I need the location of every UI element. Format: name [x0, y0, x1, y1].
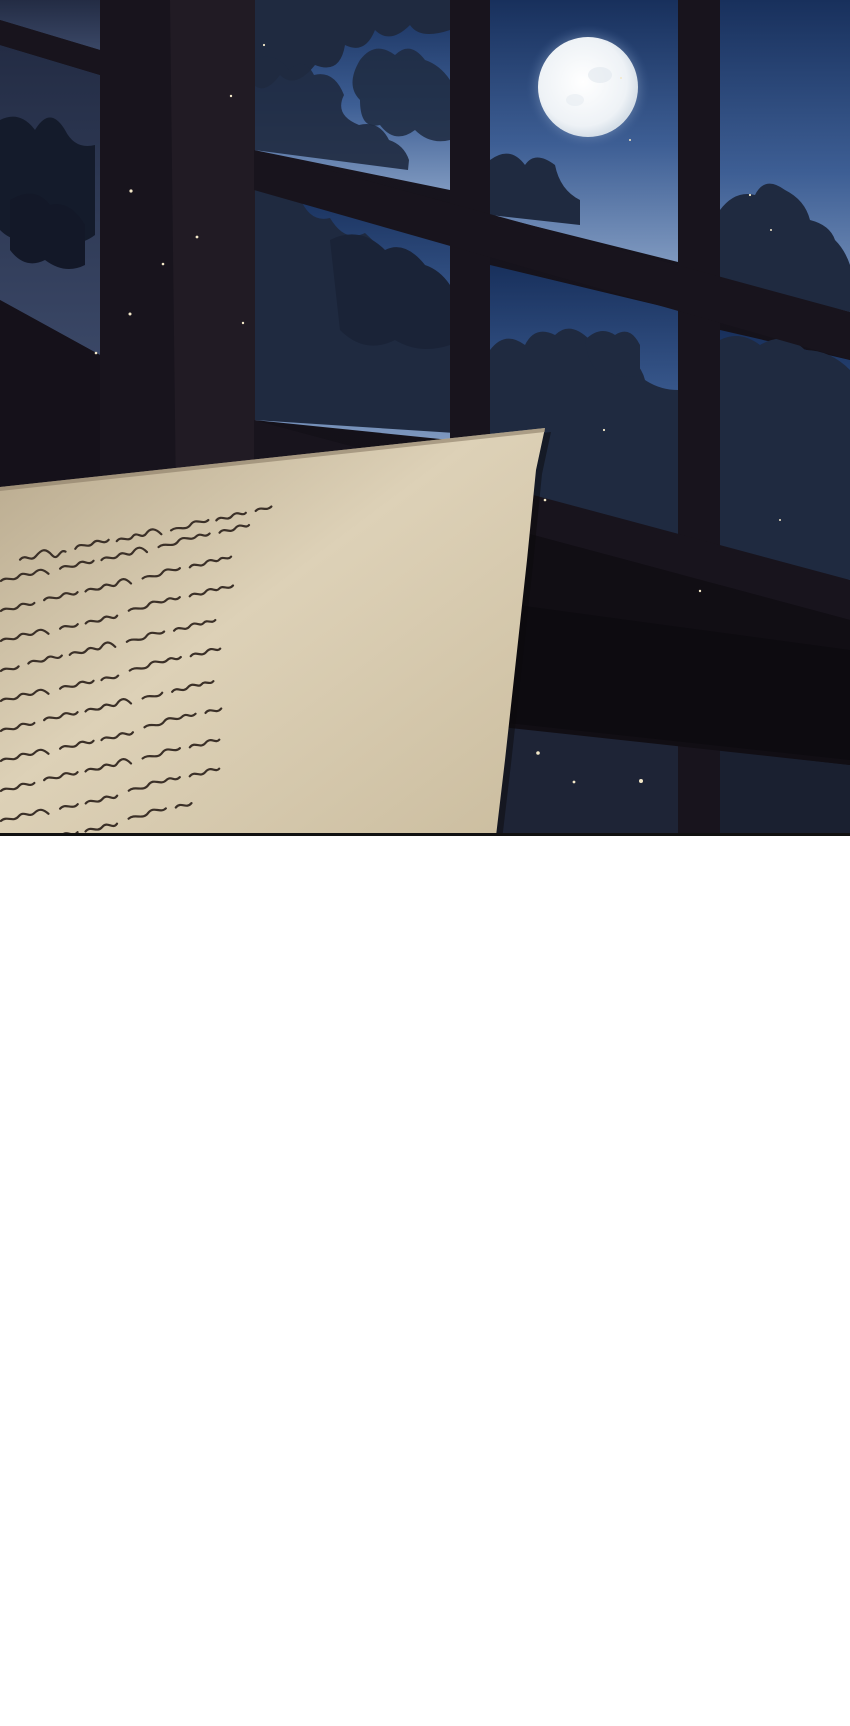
night-window-scene — [0, 0, 850, 836]
illustration-panel: Night scene through a multi-paned window… — [0, 0, 850, 836]
handwritten-letter — [0, 428, 551, 836]
blank-gutter — [0, 836, 850, 1726]
moon — [526, 25, 650, 149]
